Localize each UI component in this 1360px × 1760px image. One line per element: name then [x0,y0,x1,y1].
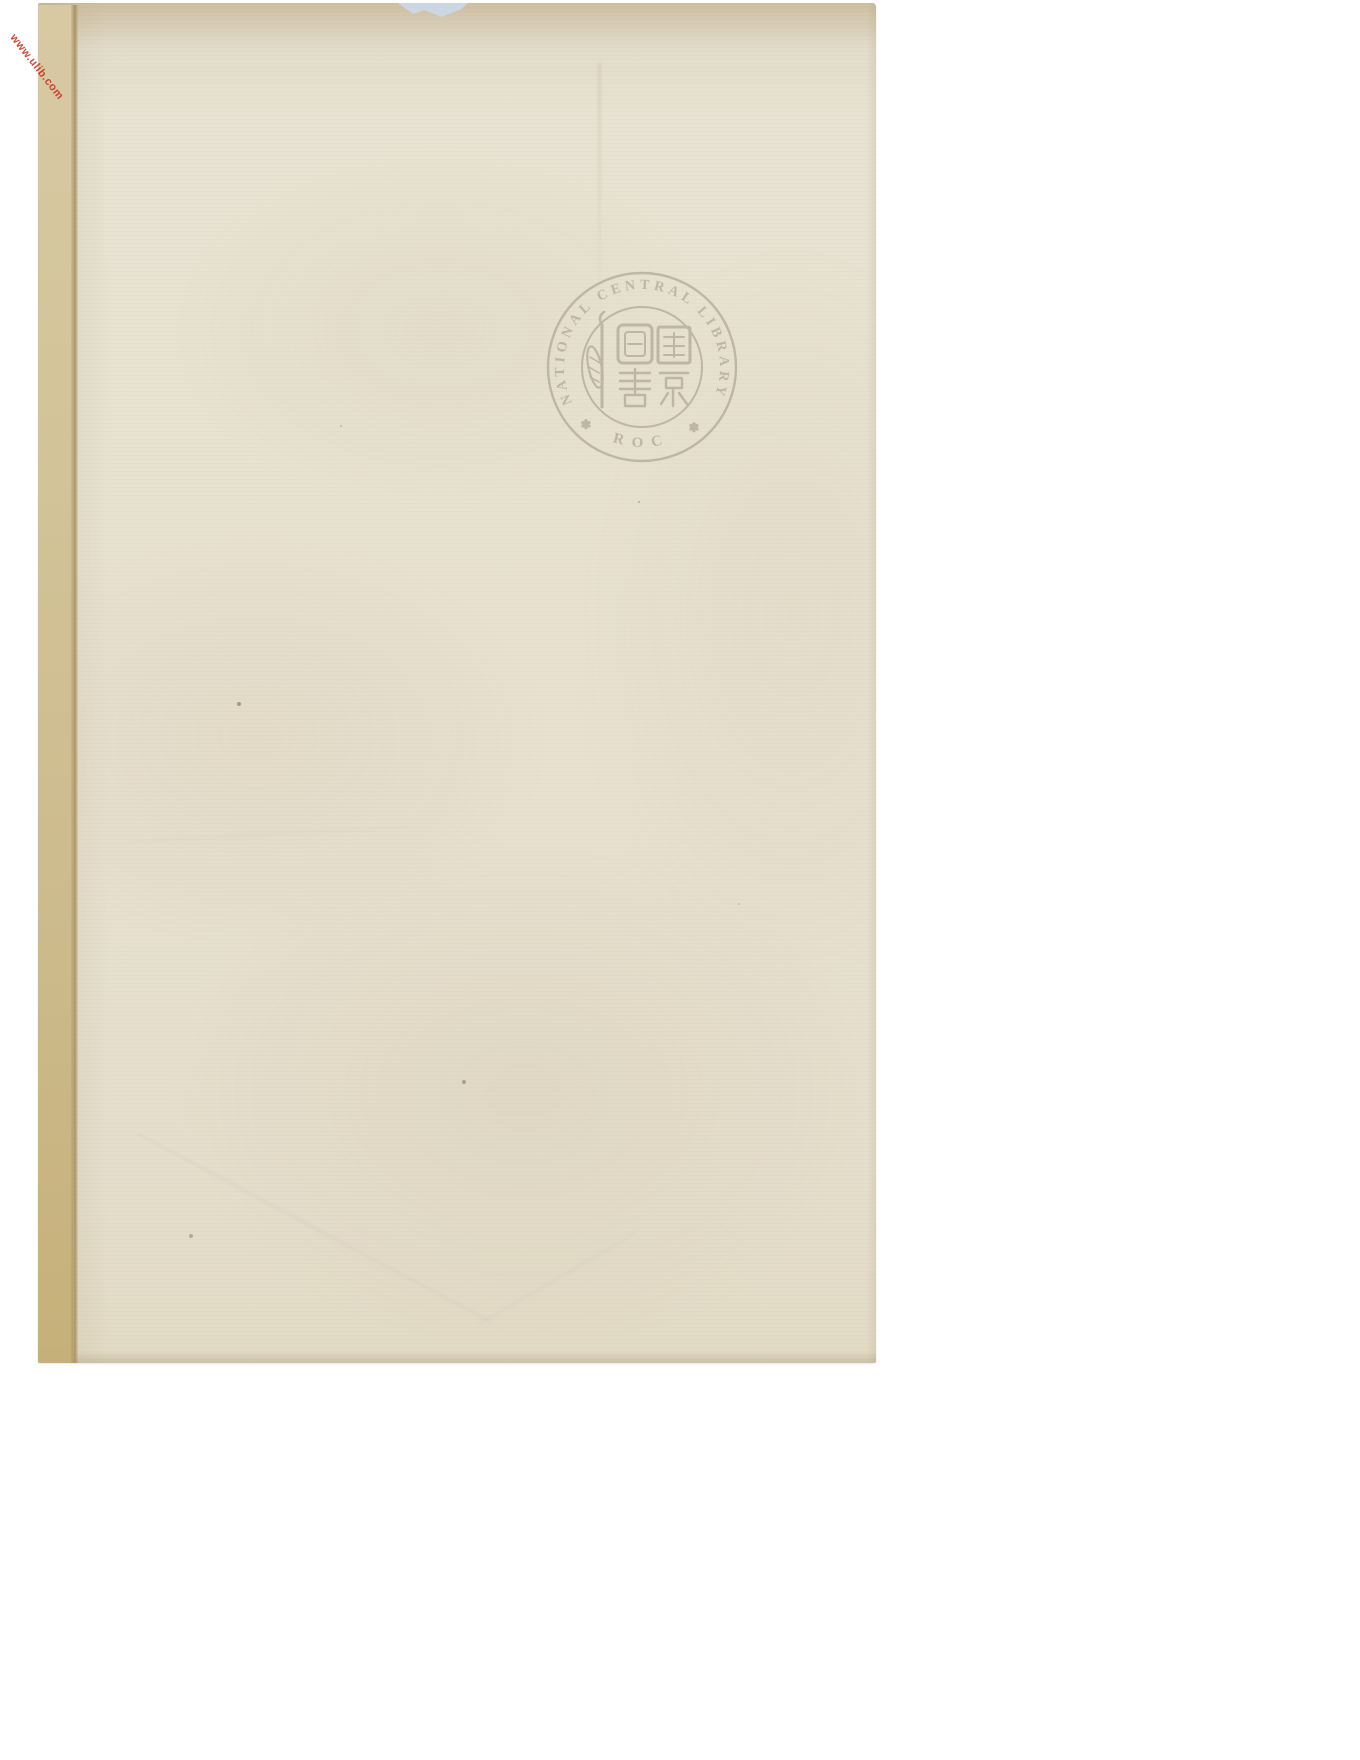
flower-right-icon: ✽ [689,420,700,435]
paper-crease [477,1231,634,1324]
scanned-page: NATIONAL CENTRAL LIBRARY ROC ✽ ✽ [38,3,876,1363]
book-spine [38,5,73,1363]
library-stamp: NATIONAL CENTRAL LIBRARY ROC ✽ ✽ [542,267,742,467]
stamp-arc-text-bottom: ROC [611,430,672,451]
torn-notch [398,3,468,17]
seal-char-jia-icon [660,373,688,406]
seal-char-guo-icon [658,327,690,363]
flower-left-icon: ✽ [581,417,592,432]
seal-characters [584,312,690,407]
seal-char-shu-icon [620,369,650,406]
paper-specks [38,3,40,5]
seal-char-tu-icon [618,325,652,363]
spine-edge-line [71,5,78,1363]
paper-crease [128,824,408,842]
paper-crease [137,1131,492,1321]
stamp-rings [548,273,736,461]
scan-background: NATIONAL CENTRAL LIBRARY ROC ✽ ✽ [0,0,1360,1760]
